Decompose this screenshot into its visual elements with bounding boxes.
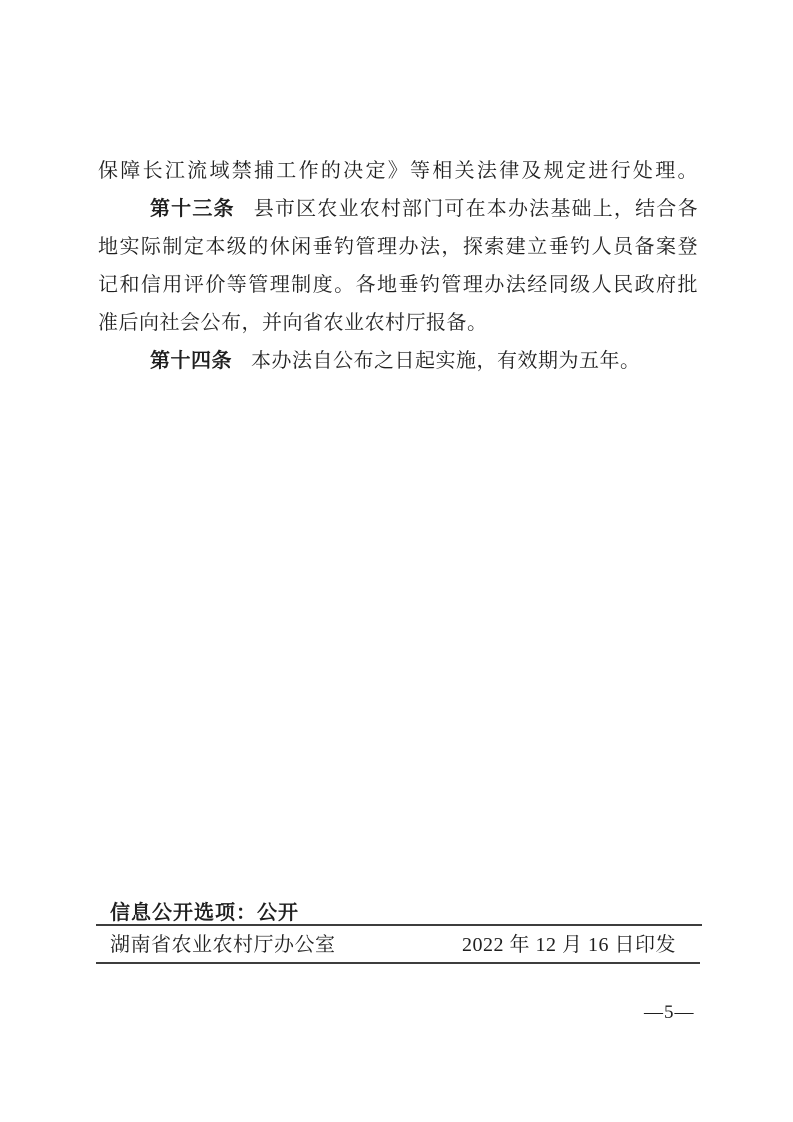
text-segment: 准后向社会公布，并向省农业农村厅报备。 [98,312,488,334]
text-segment: 保障长江流域禁捕工作的决定》等相关法律及规定进行处理。 [98,160,698,182]
text-line: 第十三条县市区农业农村部门可在本办法基础上，结合各 [98,190,698,228]
footer-divider-bottom [96,962,700,964]
text-segment: 县市区农业农村部门可在本办法基础上，结合各 [254,198,698,220]
publicity-option-label: 信息公开选项：公开 [110,896,299,925]
print-date: 2022 年 12 月 16 日印发 [462,931,676,959]
footer-divider-top [96,924,702,926]
text-line: 地实际制定本级的休闲垂钓管理办法，探索建立垂钓人员备案登 [98,228,698,266]
text-segment: 地实际制定本级的休闲垂钓管理办法，探索建立垂钓人员备案登 [98,236,698,258]
text-line: 第十四条本办法自公布之日起实施，有效期为五年。 [98,342,698,380]
document-page: 保障长江流域禁捕工作的决定》等相关法律及规定进行处理。第十三条县市区农业农村部门… [0,0,793,1122]
text-line: 保障长江流域禁捕工作的决定》等相关法律及规定进行处理。 [98,152,698,190]
document-lines: 保障长江流域禁捕工作的决定》等相关法律及规定进行处理。第十三条县市区农业农村部门… [98,152,698,380]
issuing-office: 湖南省农业农村厅办公室 [110,931,336,959]
page-number: —5— [644,1002,695,1024]
text-line: 记和信用评价等管理制度。各地垂钓管理办法经同级人民政府批 [98,266,698,304]
article-heading: 第十三条 [150,198,235,220]
article-heading: 第十四条 [150,350,232,372]
footer-issuer-row: 湖南省农业农村厅办公室 2022 年 12 月 16 日印发 [110,931,676,959]
text-line: 准后向社会公布，并向省农业农村厅报备。 [98,304,698,342]
text-segment: 本办法自公布之日起实施，有效期为五年。 [251,350,641,372]
text-segment: 记和信用评价等管理制度。各地垂钓管理办法经同级人民政府批 [98,274,698,296]
